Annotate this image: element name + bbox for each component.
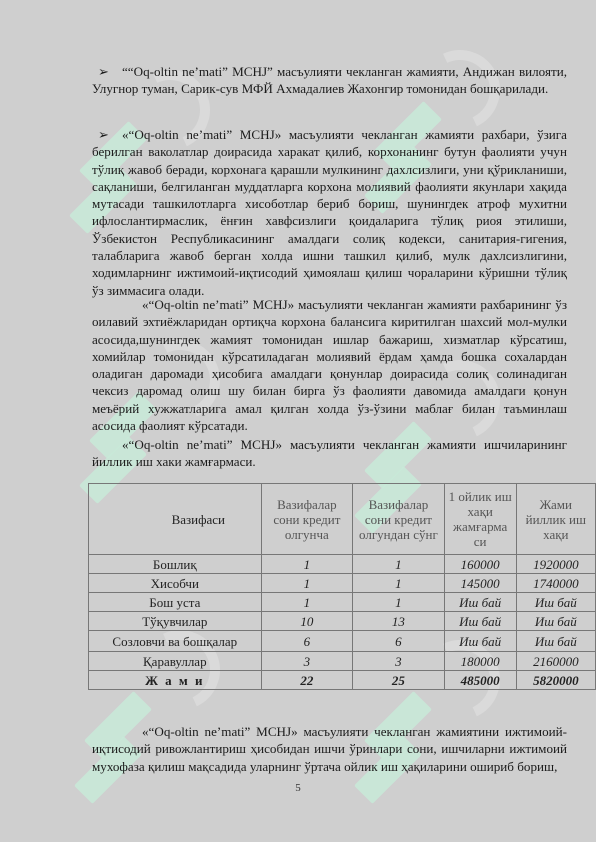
cell-value: 13 [353,612,445,631]
total-value: 25 [353,671,445,690]
table-row: Бошлиқ 1 1 160000 1920000 [89,555,596,574]
cell-position: Тўқувчилар [89,612,262,631]
table-caption: «“Oq-oltin ne’mati” MCHJ» масъулияти чек… [92,436,567,471]
cell-value: Иш бай [444,593,516,612]
total-value: 485000 [444,671,516,690]
cell-value: Иш бай [444,631,516,652]
table-row: Қаравуллар 3 3 180000 2160000 [89,652,596,671]
header-cell: Вазифалар сони кредит олгунча [261,484,353,555]
cell-value: Иш бай [516,631,595,652]
header-cell: Вазифаси [89,484,262,555]
cell-position: Созловчи ва бошқалар [89,631,262,652]
bullet-arrow-icon: ➢ [92,126,122,143]
paragraph-1: ➢““Oq-oltin ne’mati” MCHJ” масъулияти че… [92,63,567,98]
cell-value: 6 [353,631,445,652]
cell-value: 160000 [444,555,516,574]
cell-value: 2160000 [516,652,595,671]
header-cell: Вазифалар сони кредит олгундан сўнг [353,484,445,555]
paragraph-text: «“Oq-oltin ne’mati” MCHJ» масъулияти чек… [92,127,567,298]
cell-value: 1 [261,593,353,612]
total-label: Ж а м и [89,671,262,690]
salary-table: Вазифаси Вазифалар сони кредит олгунча В… [88,483,596,690]
paragraph-5: «“Oq-oltin ne’mati” MCHJ» масъулияти чек… [92,723,567,775]
cell-value: Иш бай [516,612,595,631]
total-value: 5820000 [516,671,595,690]
cell-value: 6 [261,631,353,652]
cell-position: Бош уста [89,593,262,612]
header-cell: Жами йиллик иш хақи [516,484,595,555]
table-row: Бош уста 1 1 Иш бай Иш бай [89,593,596,612]
paragraph-text: «“Oq-oltin ne’mati” MCHJ» масъулияти чек… [92,723,567,775]
cell-value: 1920000 [516,555,595,574]
cell-position: Қаравуллар [89,652,262,671]
page-number: 5 [0,782,596,794]
table-row: Хисобчи 1 1 145000 1740000 [89,574,596,593]
paragraph-3: «“Oq-oltin ne’mati” MCHJ» масъулияти чек… [92,296,567,434]
header-cell: 1 ойлик иш хақи жамғарма си [444,484,516,555]
cell-value: Иш бай [516,593,595,612]
cell-position: Хисобчи [89,574,262,593]
table-row: Созловчи ва бошқалар 6 6 Иш бай Иш бай [89,631,596,652]
cell-value: 145000 [444,574,516,593]
cell-value: 1740000 [516,574,595,593]
cell-value: 1 [353,555,445,574]
cell-value: 180000 [444,652,516,671]
cell-position: Бошлиқ [89,555,262,574]
cell-value: 1 [353,593,445,612]
cell-value: Иш бай [444,612,516,631]
paragraph-text: «“Oq-oltin ne’mati” MCHJ» масъулияти чек… [92,296,567,434]
paragraph-4: «“Oq-oltin ne’mati” MCHJ» масъулияти чек… [92,436,567,471]
cell-value: 10 [261,612,353,631]
paragraph-2: ➢«“Oq-oltin ne’mati” MCHJ» масъулияти че… [92,126,567,299]
bullet-arrow-icon: ➢ [92,63,122,80]
table-row: Тўқувчилар 10 13 Иш бай Иш бай [89,612,596,631]
cell-value: 1 [353,574,445,593]
cell-value: 3 [353,652,445,671]
cell-value: 1 [261,574,353,593]
cell-value: 1 [261,555,353,574]
paragraph-text: ““Oq-oltin ne’mati” MCHJ” масъулияти чек… [92,64,567,96]
cell-value: 3 [261,652,353,671]
table-header-row: Вазифаси Вазифалар сони кредит олгунча В… [89,484,596,555]
document-page: ➢““Oq-oltin ne’mati” MCHJ” масъулияти че… [0,0,596,842]
table-total-row: Ж а м и 22 25 485000 5820000 [89,671,596,690]
total-value: 22 [261,671,353,690]
